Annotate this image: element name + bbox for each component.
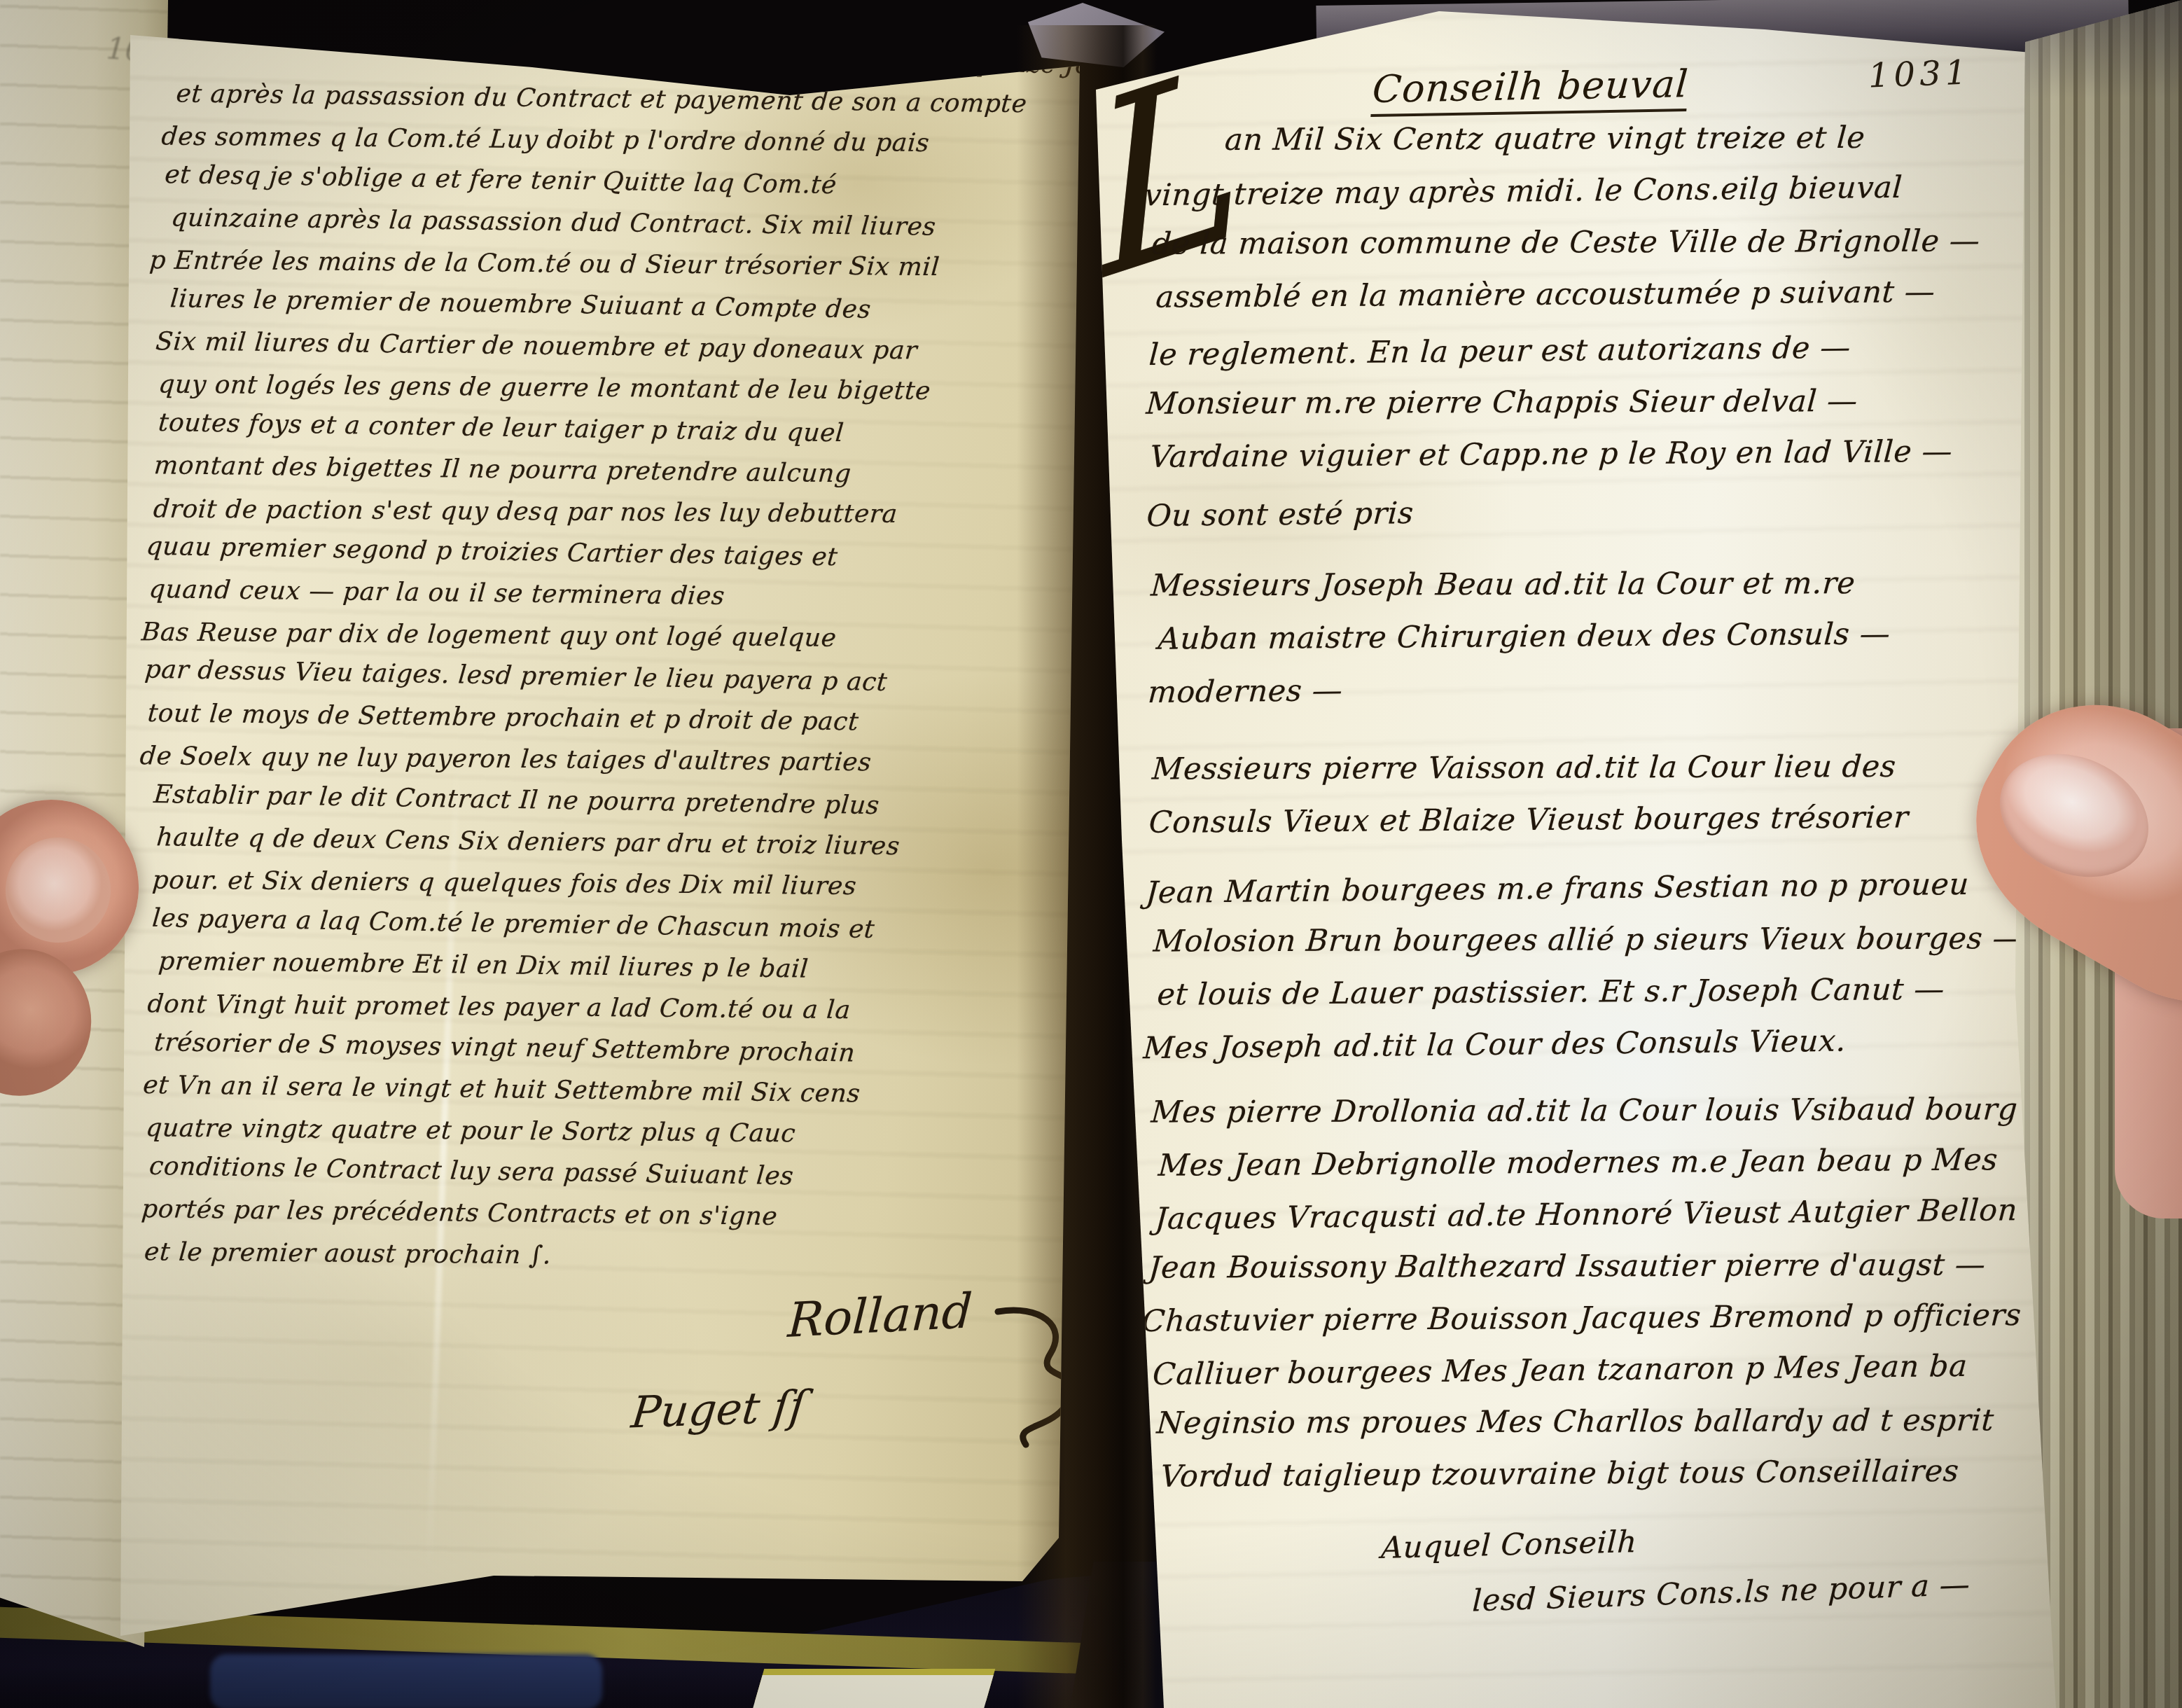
manuscript-line: Messieurs pierre Vaisson ad.tit la Cour … xyxy=(1150,749,2050,804)
page-header: Conseilh beuval xyxy=(1371,62,1690,111)
signature-rolland: Rolland xyxy=(786,1284,973,1349)
manuscript-line: modernes — xyxy=(1146,666,2049,727)
manuscript-photo: 1030 Trésorier des Estatz au prix pair p… xyxy=(0,0,2182,1708)
manuscript-line: Monsieur m.re pierre Chappis Sieur delva… xyxy=(1144,383,2048,438)
signature-puget: Puget ſſ xyxy=(629,1381,808,1438)
manuscript-line: Mes pierre Drollonia ad.tit la Cour loui… xyxy=(1149,1092,2052,1147)
manuscript-line: Molosion Brun bourgees allié p sieurs Vi… xyxy=(1151,921,2051,976)
manuscript-line: Calliuer bourgees Mes Jean tzanaron p Me… xyxy=(1151,1348,2054,1409)
manuscript-line: Neginsio ms proues Mes Charllos ballardy… xyxy=(1155,1403,2055,1458)
manuscript-line: Chastuvier pierre Bouisson Jacques Bremo… xyxy=(1140,1298,2054,1356)
page-number: 1031 xyxy=(1868,53,1971,95)
manuscript-line: et le premier aoust prochain ∫. xyxy=(142,1237,1066,1286)
manuscript-line: Consuls Vieux et Blaize Vieust bourges t… xyxy=(1147,799,2050,857)
manuscript-line: vingt treize may après midi. le Cons.eil… xyxy=(1142,169,2045,230)
manuscript-line: Ou sont esté pris xyxy=(1145,490,2048,550)
table-blue-reflection xyxy=(210,1654,602,1708)
manuscript-line: de la maison commune de Ceste Ville de B… xyxy=(1150,223,2046,278)
manuscript-line: Vordud taiglieup tzouvraine bigt tous Co… xyxy=(1158,1453,2055,1511)
manuscript-line: assemblé en la manière accoustumée p sui… xyxy=(1153,274,2046,332)
table-white-glare xyxy=(753,1675,993,1708)
manuscript-line: Mes Joseph ad.tit la Cour des Consuls Vi… xyxy=(1141,1022,2052,1083)
manuscript-line: Jacques Vracqusti ad.te Honnoré Vieust A… xyxy=(1153,1193,2053,1254)
manuscript-line: et louis de Lauer pastissier. Et s.r Jos… xyxy=(1155,971,2051,1029)
manuscript-line: Messieurs Joseph Beau ad.tit la Cour et … xyxy=(1148,565,2048,620)
left-page-text: Trésorier des Estatz au prix pair par qu… xyxy=(133,38,1080,1289)
manuscript-line: Vardaine viguier et Capp.ne p le Roy en … xyxy=(1148,433,2048,492)
right-page-text: an Mil Six Centz quatre vingt treize et … xyxy=(1133,118,2054,1630)
manuscript-line: Jean Bouissony Balthezard Issautier pier… xyxy=(1146,1247,2053,1303)
page-header-text: Conseilh beuval xyxy=(1370,62,1690,117)
manuscript-line: le reglement. En la peur est autorizans … xyxy=(1147,328,2047,389)
right-page: Conseilh beuval 1031 L an Mil Six Centz … xyxy=(1078,0,2094,1708)
manuscript-line: Jean Martin bourgees m.e frans Sestian n… xyxy=(1144,866,2050,928)
manuscript-line: an Mil Six Centz quatre vingt treize et … xyxy=(1223,120,2045,174)
manuscript-line: Auban maistre Chirurgien deux des Consul… xyxy=(1156,616,2049,674)
left-page: Trésorier des Estatz au prix pair par qu… xyxy=(112,20,1110,1655)
manuscript-line: Mes Jean Debrignolle modernes m.e Jean b… xyxy=(1156,1142,2052,1200)
